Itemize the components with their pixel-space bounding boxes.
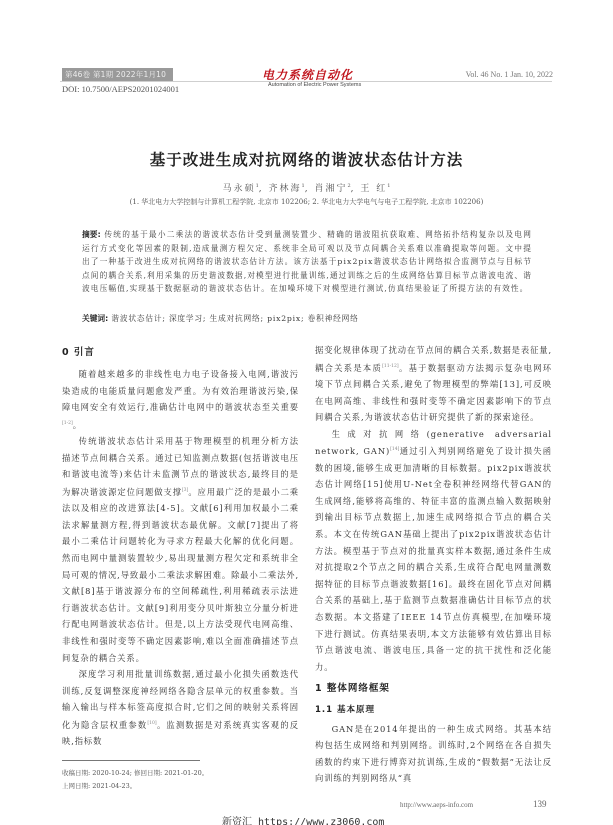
footnote: 收稿日期: 2020-10-24; 修回日期: 2021-01-20。 上网日期… <box>62 767 208 793</box>
citation: [1-2] <box>62 421 73 426</box>
author: 肖湘宁 <box>314 184 347 194</box>
abstract-text: 传统的基于最小二乘法的谐波状态估计受到量测装置少、精确的谐波阻抗获取难、网络拓扑… <box>82 230 532 293</box>
affiliations: (1. 华北电力大学控制与计算机工程学院, 北京市 102206; 2. 华北电… <box>0 197 613 207</box>
paragraph: 据变化规律体现了扰动在节点间的耦合关系,数据是表征量,耦合关系是本质[11-12… <box>315 342 552 426</box>
right-column: 据变化规律体现了扰动在节点间的耦合关系,数据是表征量,耦合关系是本质[11-12… <box>315 342 552 787</box>
author: 齐林海 <box>269 184 302 194</box>
abstract-label: 摘要: <box>82 230 101 239</box>
affiliation-mark: 1 <box>256 183 259 189</box>
paragraph: 生成对抗网络(generative adversarial network, G… <box>315 426 552 676</box>
affiliation-mark: 1 <box>302 183 305 189</box>
abstract: 摘要: 传统的基于最小二乘法的谐波状态估计受到量测装置少、精确的谐波阻抗获取难、… <box>82 228 532 296</box>
issue-badge: 第46卷 第1期 2022年1月10日 <box>62 68 173 81</box>
section-heading-framework: 1 整体网络框架 <box>315 681 552 698</box>
received-dates: 收稿日期: 2020-10-24; 修回日期: 2021-01-20。 <box>62 767 208 780</box>
author-list: 马永硕1, 齐林海1, 肖湘宁2, 王 红1 <box>0 181 613 194</box>
affiliation-mark: 2 <box>347 183 350 189</box>
paragraph-text: 随着越来越多的非线性电力电子设备接入电网,谐波污染造成的电能质量问题愈发严重。为… <box>62 369 299 412</box>
paragraph-tail: 通过引入判别网络避免了设计损失函数的困境,能够生成更加清晰的目标数据。pix2p… <box>315 446 552 672</box>
watermark: 新资汇 https://www.z3060.com <box>222 813 384 825</box>
paragraph: 传统谐波状态估计采用基于物理模型的机理分析方法描述节点间耦合关系。通过已知监测点… <box>62 433 299 666</box>
section-heading-introduction: 0 引言 <box>62 344 95 358</box>
footnote-rule <box>62 760 200 761</box>
affiliation-mark: 1 <box>387 183 390 189</box>
online-date: 上网日期: 2021-04-23。 <box>62 780 208 793</box>
left-column: 随着越来越多的非线性电力电子设备接入电网,谐波污染造成的电能质量问题愈发严重。为… <box>62 366 299 750</box>
paragraph: 深度学习利用批量训练数据,通过最小化损失函数迭代训练,反复调整深度神经网络各隐含… <box>62 666 299 750</box>
paragraph-tail: 。 <box>73 420 82 430</box>
paragraph: 随着越来越多的非线性电力电子设备接入电网,谐波污染造成的电能质量问题愈发严重。为… <box>62 366 299 433</box>
paragraph: GAN是在2014年提出的一种生成式网络。其基本结构包括生成网络和判别网络。训练… <box>315 721 552 787</box>
author: 王 红 <box>360 184 387 194</box>
paper-title: 基于改进生成对抗网络的谐波状态估计方法 <box>0 148 613 170</box>
paragraph-tail: 。应用最广泛的是最小二乘法以及相应的改进算法[4-5]。文献[6]利用加权最小二… <box>62 487 299 663</box>
keywords-text: 谐波状态估计; 深度学习; 生成对抗网络; pix2pix; 卷积神经网络 <box>111 314 358 323</box>
keywords-label: 关键词: <box>82 314 108 323</box>
doi: DOI: 10.7500/AEPS20201024001 <box>62 84 179 94</box>
citation: [11-12] <box>382 364 398 369</box>
citation: [10] <box>147 721 156 726</box>
author: 马永硕 <box>223 184 256 194</box>
journal-url: http://www.aeps-info.com <box>400 801 473 809</box>
volume-info: Vol. 46 No. 1 Jan. 10, 2022 <box>466 70 553 79</box>
journal-logo-en: Automation of Electric Power Systems <box>268 82 361 88</box>
subsection-heading-principle: 1.1 基本原理 <box>315 702 552 719</box>
citation: [14] <box>390 447 399 452</box>
page-number: 139 <box>533 799 547 809</box>
keywords: 关键词: 谐波状态估计; 深度学习; 生成对抗网络; pix2pix; 卷积神经… <box>82 313 532 324</box>
journal-logo-cn: 电力系统自动化 <box>262 66 353 83</box>
